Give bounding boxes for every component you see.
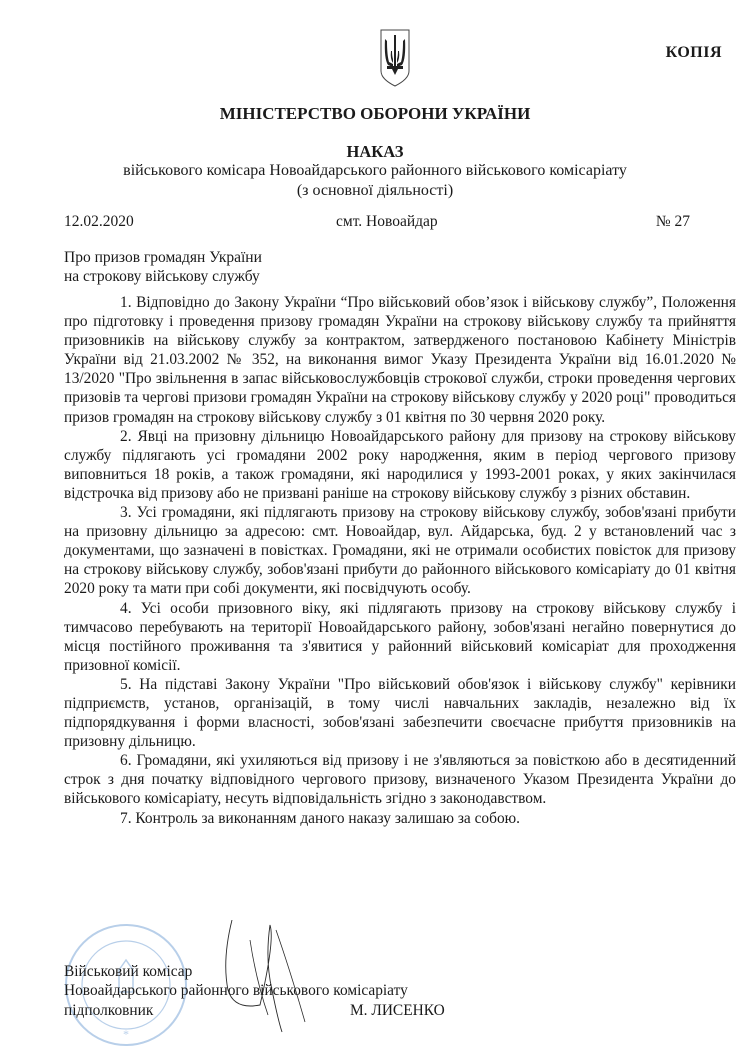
order-title: НАКАЗ (0, 142, 750, 162)
paragraph-6: 6. Громадяни, які ухиляються від призову… (64, 751, 736, 808)
document-page: КОПІЯ МІНІСТЕРСТВО ОБОРОНИ УКРАЇНИ НАКАЗ… (0, 0, 750, 1057)
subject-line2: на строкову військову службу (64, 267, 262, 286)
paragraph-7: 7. Контроль за виконанням даного наказу … (64, 809, 736, 828)
order-number: № 27 (656, 213, 690, 231)
signer-position-line2: Новоайдарського районного військового ко… (64, 981, 484, 1000)
order-place: смт. Новоайдар (336, 213, 438, 231)
paragraph-3: 3. Усі громадяни, які підлягають призову… (64, 503, 736, 598)
ukraine-trident-coat-of-arms-icon (380, 29, 410, 87)
signer-name: М. ЛИСЕНКО (350, 1001, 445, 1020)
signer-position-line1: Військовий комісар (64, 962, 484, 981)
order-subtitle-line1: військового комісара Новоайдарського рай… (0, 161, 750, 181)
paragraph-5: 5. На підставі Закону України "Про війсь… (64, 675, 736, 751)
paragraph-2: 2. Явці на призовну дільницю Новоайдарсь… (64, 427, 736, 503)
subject-line1: Про призов громадян України (64, 248, 262, 267)
paragraph-4: 4. Усі особи призовного віку, які підляг… (64, 599, 736, 675)
order-subtitle-line2: (з основної діяльності) (0, 181, 750, 201)
paragraph-1: 1. Відповідно до Закону України “Про вій… (64, 293, 736, 427)
order-body: 1. Відповідно до Закону України “Про вій… (64, 293, 736, 828)
order-subject: Про призов громадян України на строкову … (64, 248, 262, 286)
copy-mark: КОПІЯ (666, 44, 722, 62)
order-date: 12.02.2020 (64, 213, 134, 231)
svg-text:*: * (123, 1027, 129, 1041)
signature-block: Військовий комісар Новоайдарського район… (64, 962, 484, 1020)
order-subtitle: військового комісара Новоайдарського рай… (0, 161, 750, 201)
ministry-heading: МІНІСТЕРСТВО ОБОРОНИ УКРАЇНИ (0, 104, 750, 124)
